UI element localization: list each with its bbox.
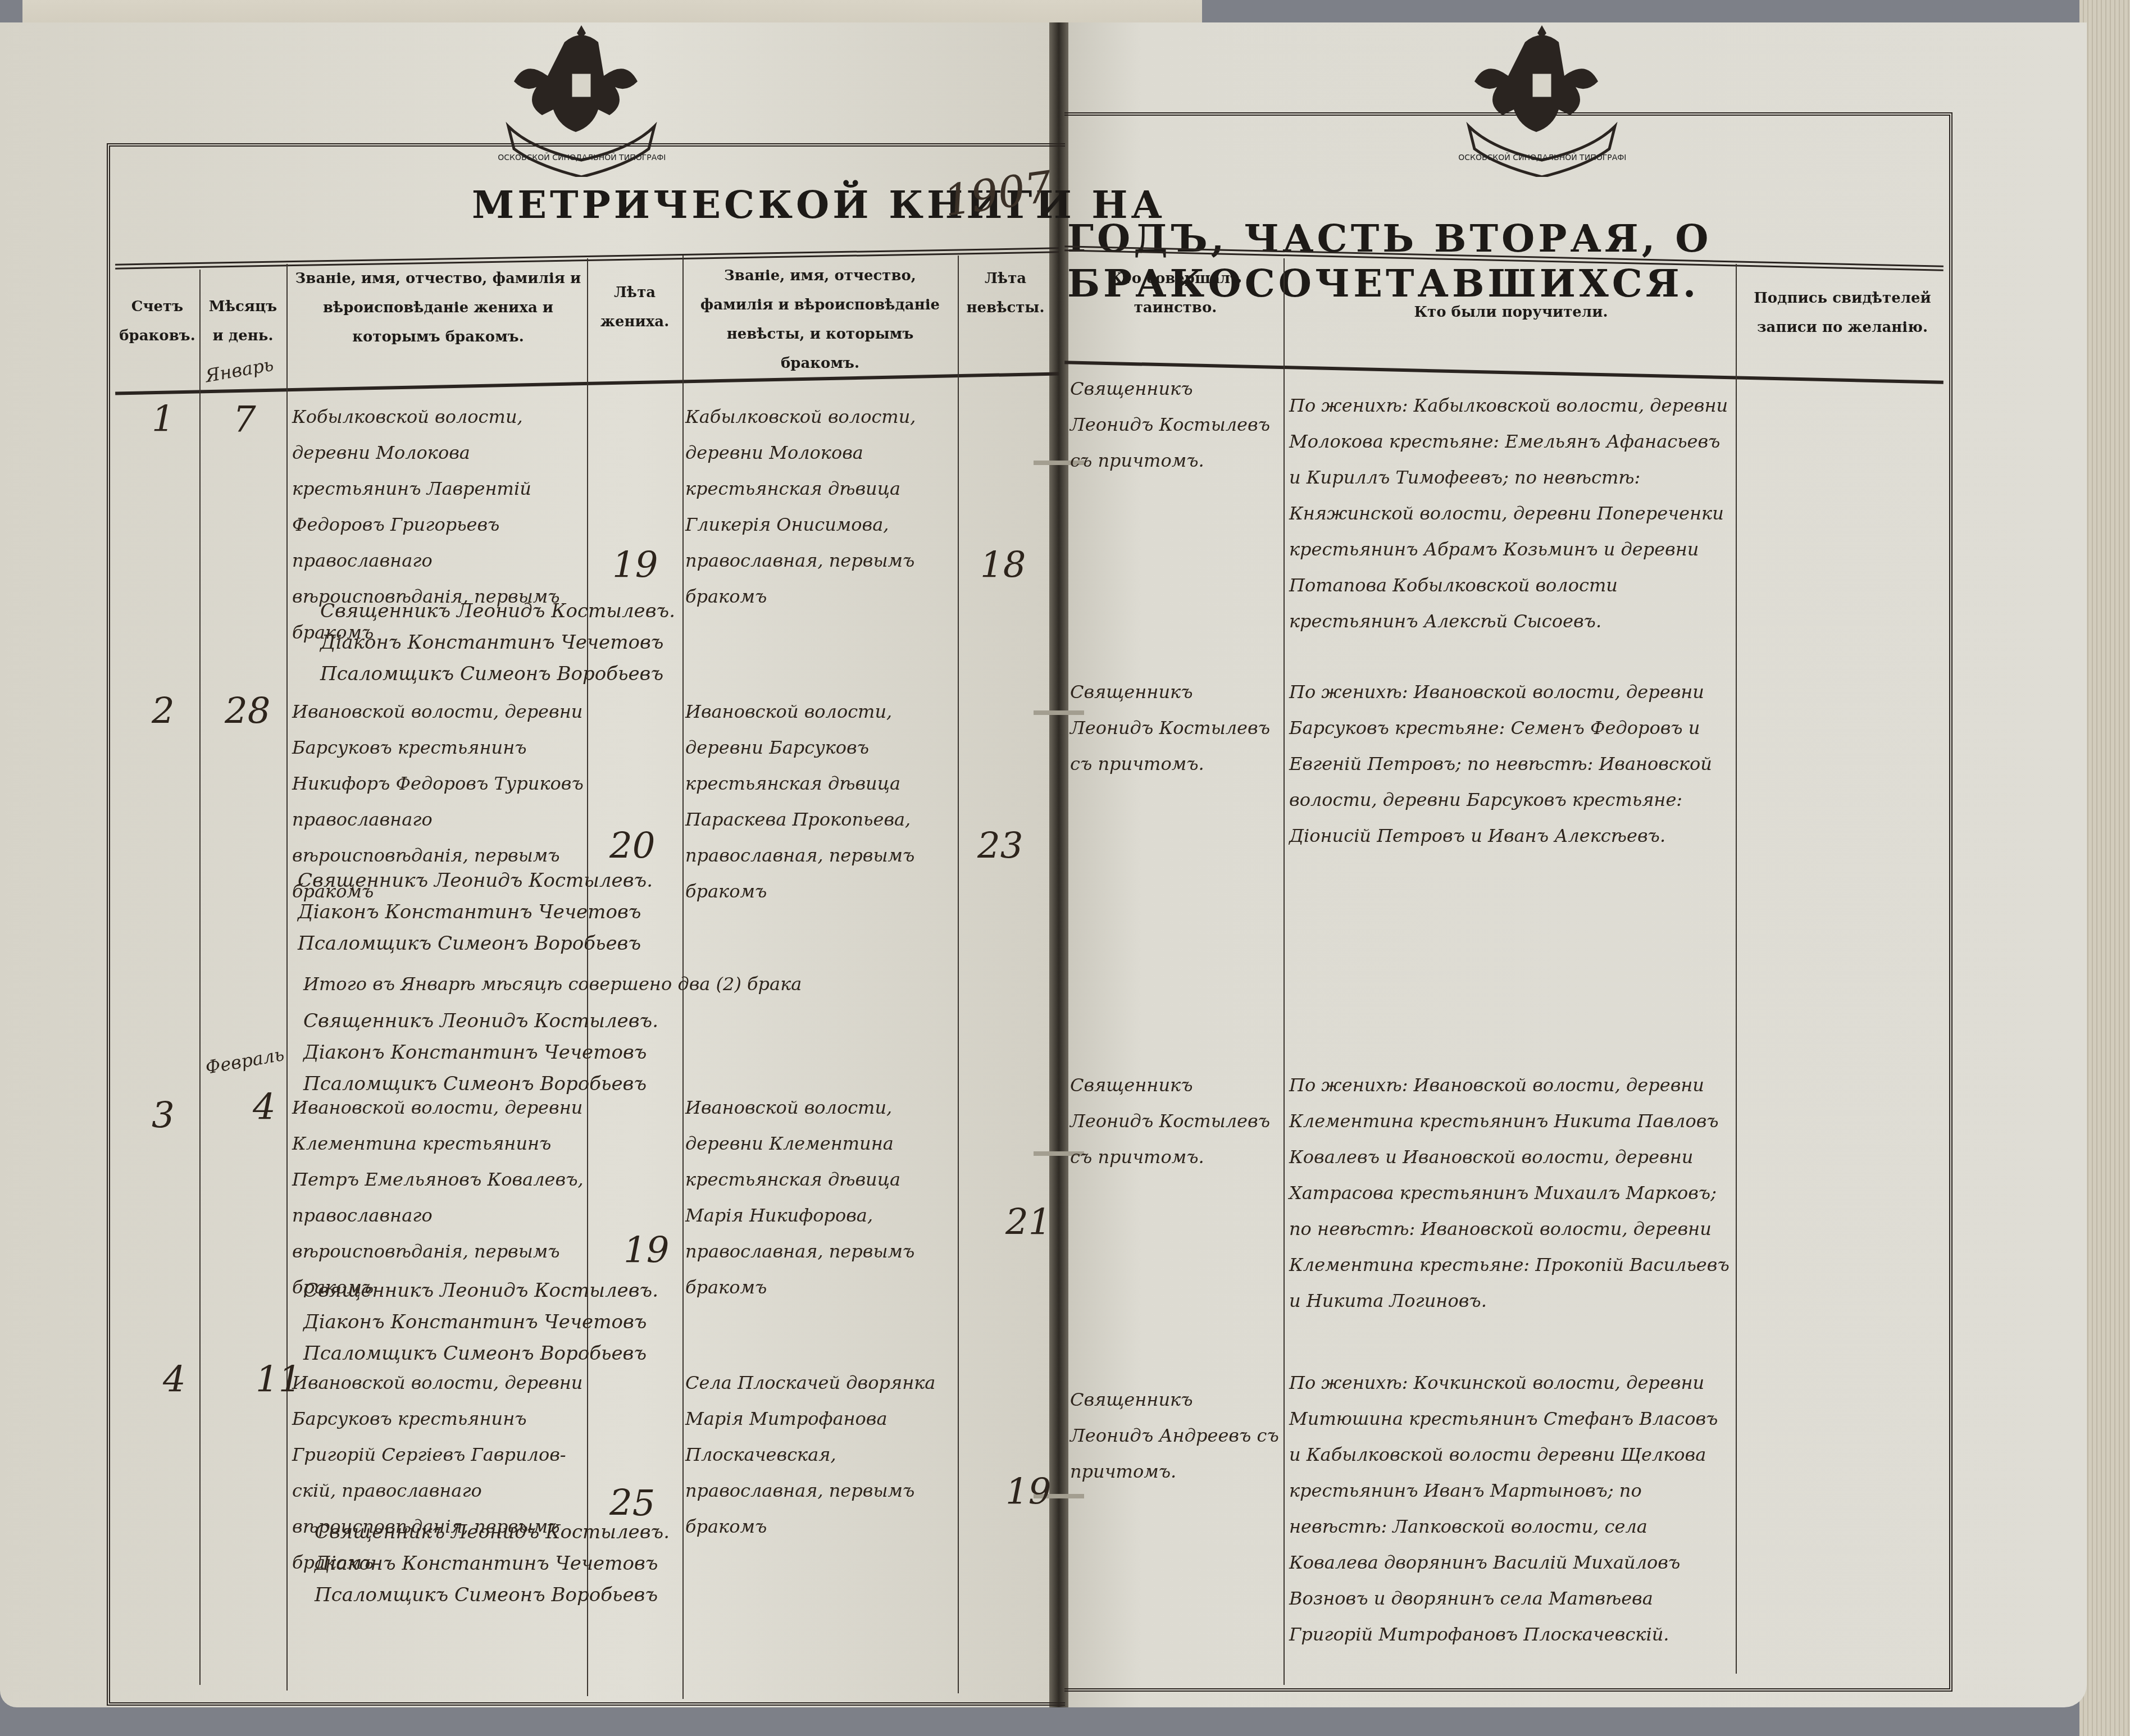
header-bride: Званіе, имя, отчество, фамилія и вѣроисп… — [685, 261, 955, 378]
header-officiant: Кто совершалъ таинство. — [1070, 264, 1281, 322]
header-groom: Званіе, имя, отчество, фамилія и вѣроисп… — [292, 264, 584, 352]
bride-entry: Кабылковской волости, деревни Молокова к… — [685, 399, 955, 614]
groom-age: 19 — [612, 545, 658, 586]
groom-age: 19 — [623, 1230, 669, 1272]
record-number: 1 — [152, 399, 175, 440]
summary-signatures: Священникъ Леонидъ Костылевъ. Діаконъ Ко… — [303, 1005, 865, 1100]
record-day: 7 — [233, 399, 256, 440]
bride-age: 21 — [1005, 1202, 1051, 1243]
guarantors-entry: По женихѣ: Кочкинской волости, деревни М… — [1289, 1365, 1733, 1652]
clergy-signatures: Священникъ Леонидъ Костылевъ. Діаконъ Ко… — [298, 865, 859, 959]
header-month-day: Мѣсяцъ и день. — [202, 292, 284, 350]
officiant-entry: Священникъ Леонидъ Костылевъ съ причтомъ… — [1070, 674, 1281, 782]
column-divider — [1736, 264, 1737, 1674]
clergy-signatures: Священникъ Леонидъ Костылевъ. Діаконъ Ко… — [315, 1516, 876, 1611]
groom-entry: Ивановской волости, деревни Клементина к… — [292, 1090, 584, 1305]
guarantors-entry: По женихѣ: Ивановской волости, деревни К… — [1289, 1067, 1733, 1319]
column-divider — [286, 264, 288, 1691]
record-number: 3 — [152, 1095, 175, 1137]
officiant-entry: Священникъ Леонидъ Костылевъ съ причтомъ… — [1070, 371, 1281, 479]
officiant-entry: Священникъ Леонидъ Андреевъ съ причтомъ. — [1070, 1382, 1281, 1489]
guarantors-entry: По женихѣ: Кабылковской волости, деревни… — [1289, 388, 1733, 639]
column-divider — [199, 270, 201, 1685]
bride-age: 23 — [977, 826, 1023, 867]
header-witness-signatures: Подпись свидѣтелей записи по желанію. — [1738, 284, 1946, 342]
header-guarantors: Кто были поручители. — [1289, 298, 1733, 327]
column-divider — [1284, 258, 1285, 1685]
header-bride-age: Лѣта невѣсты. — [961, 264, 1050, 322]
clergy-signatures: Священникъ Леонидъ Костылевъ. Діаконъ Ко… — [320, 595, 882, 690]
officiant-entry: Священникъ Леонидъ Костылевъ съ причтомъ… — [1070, 1067, 1281, 1175]
register-title-left: МЕТРИЧЕСКОЙ КНИГИ НА — [472, 183, 1166, 227]
clergy-signatures: Священникъ Леонидъ Костылевъ. Діаконъ Ко… — [303, 1275, 865, 1369]
bride-age: 18 — [980, 545, 1026, 586]
record-number: 2 — [152, 691, 175, 732]
record-day: 28 — [225, 691, 270, 732]
record-number: 4 — [163, 1359, 186, 1401]
bride-entry: Ивановской волости, деревни Клементина к… — [685, 1090, 955, 1305]
january-summary-note: Итого въ Январѣ мѣсяцѣ совершено два (2)… — [303, 966, 1050, 1002]
groom-age: 20 — [609, 826, 655, 867]
bride-age: 19 — [1005, 1471, 1051, 1513]
open-register-book: МОСКОВСКОЙ СИНОДАЛЬНОЙ ТИПОГРАФІИ МОСКОВ… — [0, 0, 2130, 1736]
record-day: 4 — [253, 1087, 276, 1128]
header-marriage-number: Счетъ браковъ. — [115, 292, 199, 350]
guarantors-entry: По женихѣ: Ивановской волости, деревни Б… — [1289, 674, 1733, 854]
header-groom-age: Лѣта жениха. — [590, 278, 680, 336]
